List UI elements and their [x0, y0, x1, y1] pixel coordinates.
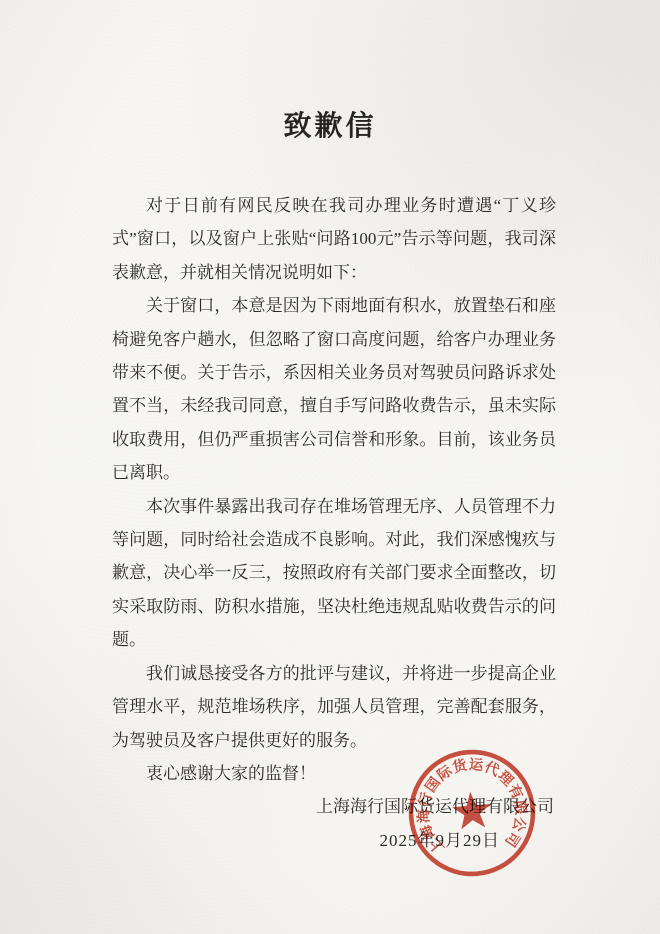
- document-title: 致歉信: [0, 104, 660, 144]
- paragraph-commitment: 我们诚恳接受各方的批评与建议，并将进一步提高企业管理水平，规范堆场秩序，加强人员…: [112, 657, 556, 757]
- paragraph-explanation: 关于窗口，本意是因为下雨地面有积水，放置垫石和座椅避免客户趟水，但忽略了窗口高度…: [112, 289, 556, 489]
- paragraph-intro: 对于日前有网民反映在我司办理业务时遭遇“丁义珍式”窗口，以及窗户上张贴“问路10…: [112, 189, 556, 289]
- paragraph-reflection: 本次事件暴露出我司存在堆场管理无序、人员管理不力等问题，同时给社会造成不良影响。…: [112, 490, 556, 657]
- seal-char: 货: [450, 755, 469, 776]
- seal-char: 限: [511, 800, 531, 817]
- apology-letter-page: 致歉信 对于日前有网民反映在我司办理业务时遭遇“丁义珍式”窗口，以及窗户上张贴“…: [0, 0, 660, 934]
- seal-star-icon: [451, 790, 493, 830]
- seal-char: 海: [414, 808, 433, 824]
- company-seal: 上 海 海 行 国 际 货 运 代 理 有 限 公 司: [400, 741, 543, 884]
